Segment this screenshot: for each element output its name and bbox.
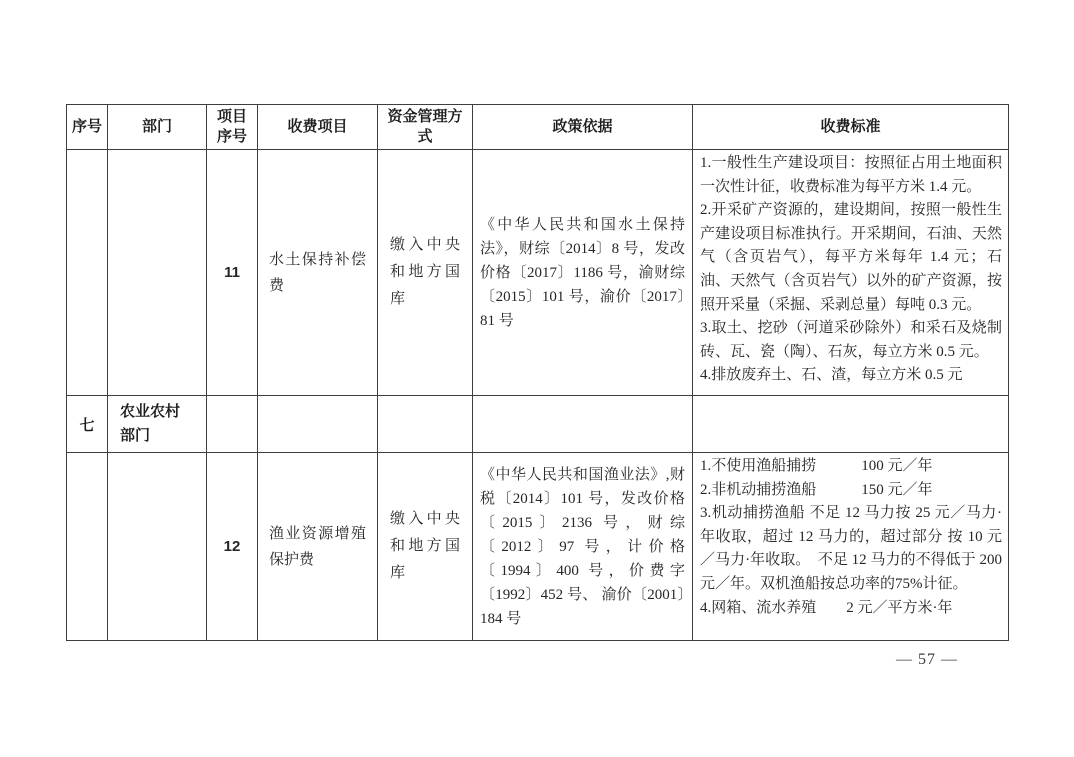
cell-fee-item: 渔业资源增殖保护费: [258, 453, 378, 641]
cell-fund-management: [378, 396, 473, 453]
document-page: 序号 部门 项目序号 收费项目 资金管理方式 政策依据 收费标准 11 水土保持…: [0, 0, 1074, 757]
cell-fee-item: 水土保持补偿费: [258, 150, 378, 396]
cell-department: [108, 150, 207, 396]
header-fund-management: 资金管理方式: [378, 105, 473, 150]
header-row: 序号 部门 项目序号 收费项目 资金管理方式 政策依据 收费标准: [67, 105, 1009, 150]
header-policy-basis: 政策依据: [473, 105, 693, 150]
header-item-no: 项目序号: [207, 105, 258, 150]
cell-item-no: [207, 396, 258, 453]
fee-schedule-table: 序号 部门 项目序号 收费项目 资金管理方式 政策依据 收费标准 11 水土保持…: [66, 104, 1009, 641]
cell-department: [108, 453, 207, 641]
cell-seq: [67, 453, 108, 641]
cell-seq: 七: [67, 396, 108, 453]
cell-item-no: 12: [207, 453, 258, 641]
cell-fee-standard: 1.不使用渔船捕捞 100 元／年 2.非机动捕捞渔船 150 元／年 3.机动…: [693, 453, 1009, 641]
cell-department: 农业农村部门: [108, 396, 207, 453]
header-fee-standard: 收费标准: [693, 105, 1009, 150]
cell-fee-item: [258, 396, 378, 453]
cell-fee-standard: [693, 396, 1009, 453]
cell-fund-management: 缴入中央和地方国库: [378, 150, 473, 396]
cell-fee-standard: 1.一般性生产建设项目：按照征占用土地面积一次性计征，收费标准为每平方米 1.4…: [693, 150, 1009, 396]
cell-fund-management: 缴入中央和地方国库: [378, 453, 473, 641]
cell-policy-basis: 《中华人民共和国渔业法》,财税〔2014〕101 号，发改价格〔2015〕213…: [473, 453, 693, 641]
cell-policy-basis: [473, 396, 693, 453]
table-row-soil-conservation-fee: 11 水土保持补偿费 缴入中央和地方国库 《中华人民共和国水土保持法》，财综〔2…: [67, 150, 1009, 396]
table-row-fishery-resources-fee: 12 渔业资源增殖保护费 缴入中央和地方国库 《中华人民共和国渔业法》,财税〔2…: [67, 453, 1009, 641]
table-row-agriculture-department: 七 农业农村部门: [67, 396, 1009, 453]
cell-policy-basis: 《中华人民共和国水土保持法》，财综〔2014〕8 号，发改价格〔2017〕118…: [473, 150, 693, 396]
header-department: 部门: [108, 105, 207, 150]
cell-item-no: 11: [207, 150, 258, 396]
cell-seq: [67, 150, 108, 396]
page-number: — 57 —: [896, 651, 958, 669]
header-fee-item: 收费项目: [258, 105, 378, 150]
header-seq: 序号: [67, 105, 108, 150]
